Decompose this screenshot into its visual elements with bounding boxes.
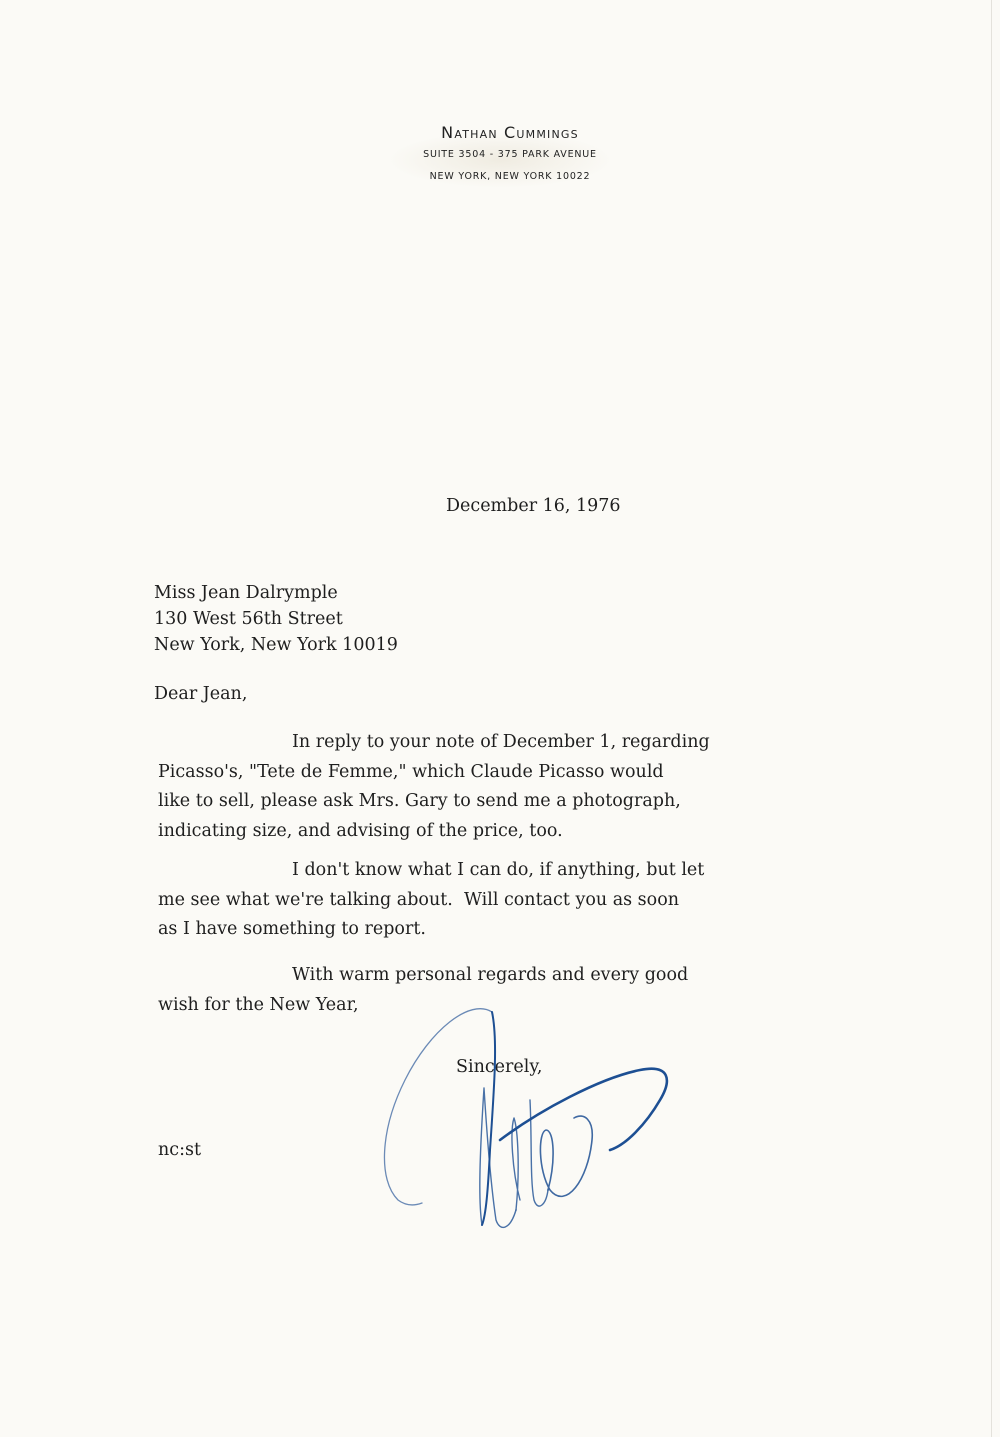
paragraph-line: me see what we're talking about. Will co… (158, 886, 704, 916)
letterhead: Nathan Cummings SUITE 3504 - 375 PARK AV… (370, 122, 650, 188)
paragraph-line: indicating size, and advising of the pri… (158, 817, 710, 847)
paper-edge (991, 0, 992, 1437)
paragraph-line: I don't know what I can do, if anything,… (158, 856, 704, 886)
recipient-address: Miss Jean Dalrymple 130 West 56th Street… (154, 580, 398, 658)
letterhead-address-line2: NEW YORK, NEW YORK 10022 (370, 166, 650, 188)
letterhead-name: Nathan Cummings (370, 122, 650, 144)
letterhead-address-line1: SUITE 3504 - 375 PARK AVENUE (370, 144, 650, 166)
body-paragraph-1: In reply to your note of December 1, reg… (158, 728, 710, 846)
paragraph-line: Picasso's, "Tete de Femme," which Claude… (158, 758, 710, 788)
paragraph-line: With warm personal regards and every goo… (158, 961, 688, 991)
salutation: Dear Jean, (154, 684, 247, 704)
letter-date: December 16, 1976 (446, 496, 621, 516)
signature (370, 1000, 690, 1240)
recipient-street: 130 West 56th Street (154, 606, 398, 632)
recipient-name: Miss Jean Dalrymple (154, 580, 398, 606)
recipient-city: New York, New York 10019 (154, 632, 398, 658)
paragraph-line: as I have something to report. (158, 915, 704, 945)
paragraph-line: like to sell, please ask Mrs. Gary to se… (158, 787, 710, 817)
body-paragraph-2: I don't know what I can do, if anything,… (158, 856, 704, 945)
paragraph-line: In reply to your note of December 1, reg… (158, 728, 710, 758)
reference-initials: nc:st (158, 1140, 201, 1160)
